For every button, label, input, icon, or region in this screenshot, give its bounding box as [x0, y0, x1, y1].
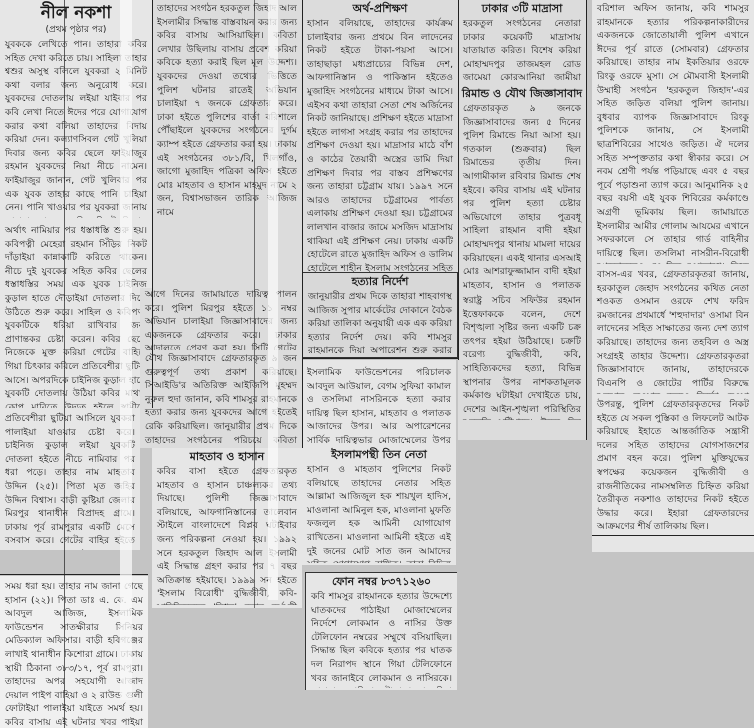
- col5-paragraph-3: উপরন্তু, পুলিশ গ্রেফতারকৃতদের নিকট হইতে …: [592, 398, 754, 538]
- kill-order-box: হত্যার নির্দেশ জানুয়ারীর প্রথম দিকে তাহ…: [302, 272, 458, 358]
- article-col5: বরিশাল অফিস জানায়, কবি শামসুর রাহমানকে …: [592, 0, 754, 552]
- article-col3-mid: ইসলামিক ফাউন্ডেশনের পরিচালক আবদুল আউয়াল…: [302, 360, 456, 565]
- phone-box-paragraph: কবি শামসুর রাহমানকে হত্যার উদ্দেশ্যে ঘাত…: [306, 590, 457, 688]
- col3-paragraph-3: ইসলামিক ফাউন্ডেশনের পরিচালক আবদুল আউয়াল…: [302, 360, 456, 446]
- col4-paragraph-3: স্বরাষ্ট্র সচিব সফিউর রহমান ইত্তেফাককে ব…: [458, 294, 586, 420]
- subheading-phone-number: ফোন নম্বর ৮৩৭১২৬০: [306, 573, 457, 590]
- subheading-kill-order: হত্যার নির্দেশ: [303, 273, 457, 290]
- column-rule: [64, 0, 65, 728]
- col5-paragraph-2: বাসস-এর খবর, গ্রেফতারকৃতরা জানায়, হরকাত…: [592, 268, 754, 394]
- col3-paragraph-1: হাসান বলিয়াছে, তাহাদের কার্যক্রম চালাইব…: [302, 17, 458, 287]
- subheading-three-leaders: ইসলামপন্থী তিন নেতা: [302, 446, 456, 463]
- article-col2-top: তাহাদের সংগঠন হরকতুল জিহাদ আল ইসলামীর সি…: [152, 0, 302, 288]
- scan-fold-highlight: [120, 0, 132, 700]
- subheading-three-madrasas: ঢাকার ৩টি মাদ্রাসা: [458, 0, 586, 17]
- column-rule: [586, 0, 587, 440]
- column-rule: [254, 0, 255, 608]
- col1-paragraph-3: প্রতিবেশীরা ছুটিয়া আসিলে যুবকরা পালাইয়…: [0, 408, 140, 550]
- col4-paragraph-2: গ্রেফতারকৃত ৯ জনকে জিজ্ঞাসাবাদের জন্য ৫ …: [458, 102, 586, 292]
- article-col2-sub: মাহতাব ও হাসান কবির বাসা হইতে গ্রেফতারকৃ…: [152, 448, 302, 608]
- section-divider: [592, 535, 754, 536]
- scan-fold-highlight: [268, 0, 278, 600]
- article-col1-mid: প্রতিবেশীরা ছুটিয়া আসিলে যুবকরা পালাইয়…: [0, 408, 140, 550]
- column-rule: [302, 0, 303, 448]
- subheading-remand: রিমান্ড ও যৌথ জিজ্ঞাসাবাদ: [458, 85, 586, 102]
- col5-paragraph-1: বরিশাল অফিস জানায়, কবি শামসুর রাহমানকে …: [592, 0, 754, 264]
- article-col3-top: অর্থ-প্রশিক্ষণ হাসান বলিয়াছে, তাহাদের ক…: [302, 0, 458, 292]
- col3-paragraph-2: জানুয়ারীর প্রথম দিকে তাহারা শাহবাগস্থ আ…: [303, 290, 457, 356]
- subheading-finance-training: অর্থ-প্রশিক্ষণ: [302, 0, 458, 17]
- col2-sub-paragraph: কবির বাসা হইতে গ্রেফতারকৃত মাহতাব ও হাসা…: [152, 465, 302, 605]
- col2-paragraph-1: তাহাদের সংগঠন হরকতুল জিহাদ আল ইসলামীর সি…: [152, 0, 302, 286]
- section-divider: [302, 358, 458, 359]
- column-rule: [152, 0, 153, 408]
- col4-paragraph-1: হরকতুল সংগঠনের নেতারা ঢাকার কয়েকটি মাদ্…: [458, 17, 586, 85]
- column-rule: [458, 0, 459, 360]
- col3-paragraph-4: হাসান ও মাহতাব পুলিশের নিকট বলিয়াছে তাহ…: [302, 463, 456, 563]
- article-col4: ঢাকার ৩টি মাদ্রাসা হরকতুল সংগঠনের নেতারা…: [458, 0, 586, 440]
- subheading-mahtab-hasan: মাহতাব ও হাসান: [152, 448, 302, 465]
- phone-number-box: ফোন নম্বর ৮৩৭১২৬০ কবি শামসুর রাহমানকে হত…: [305, 572, 457, 690]
